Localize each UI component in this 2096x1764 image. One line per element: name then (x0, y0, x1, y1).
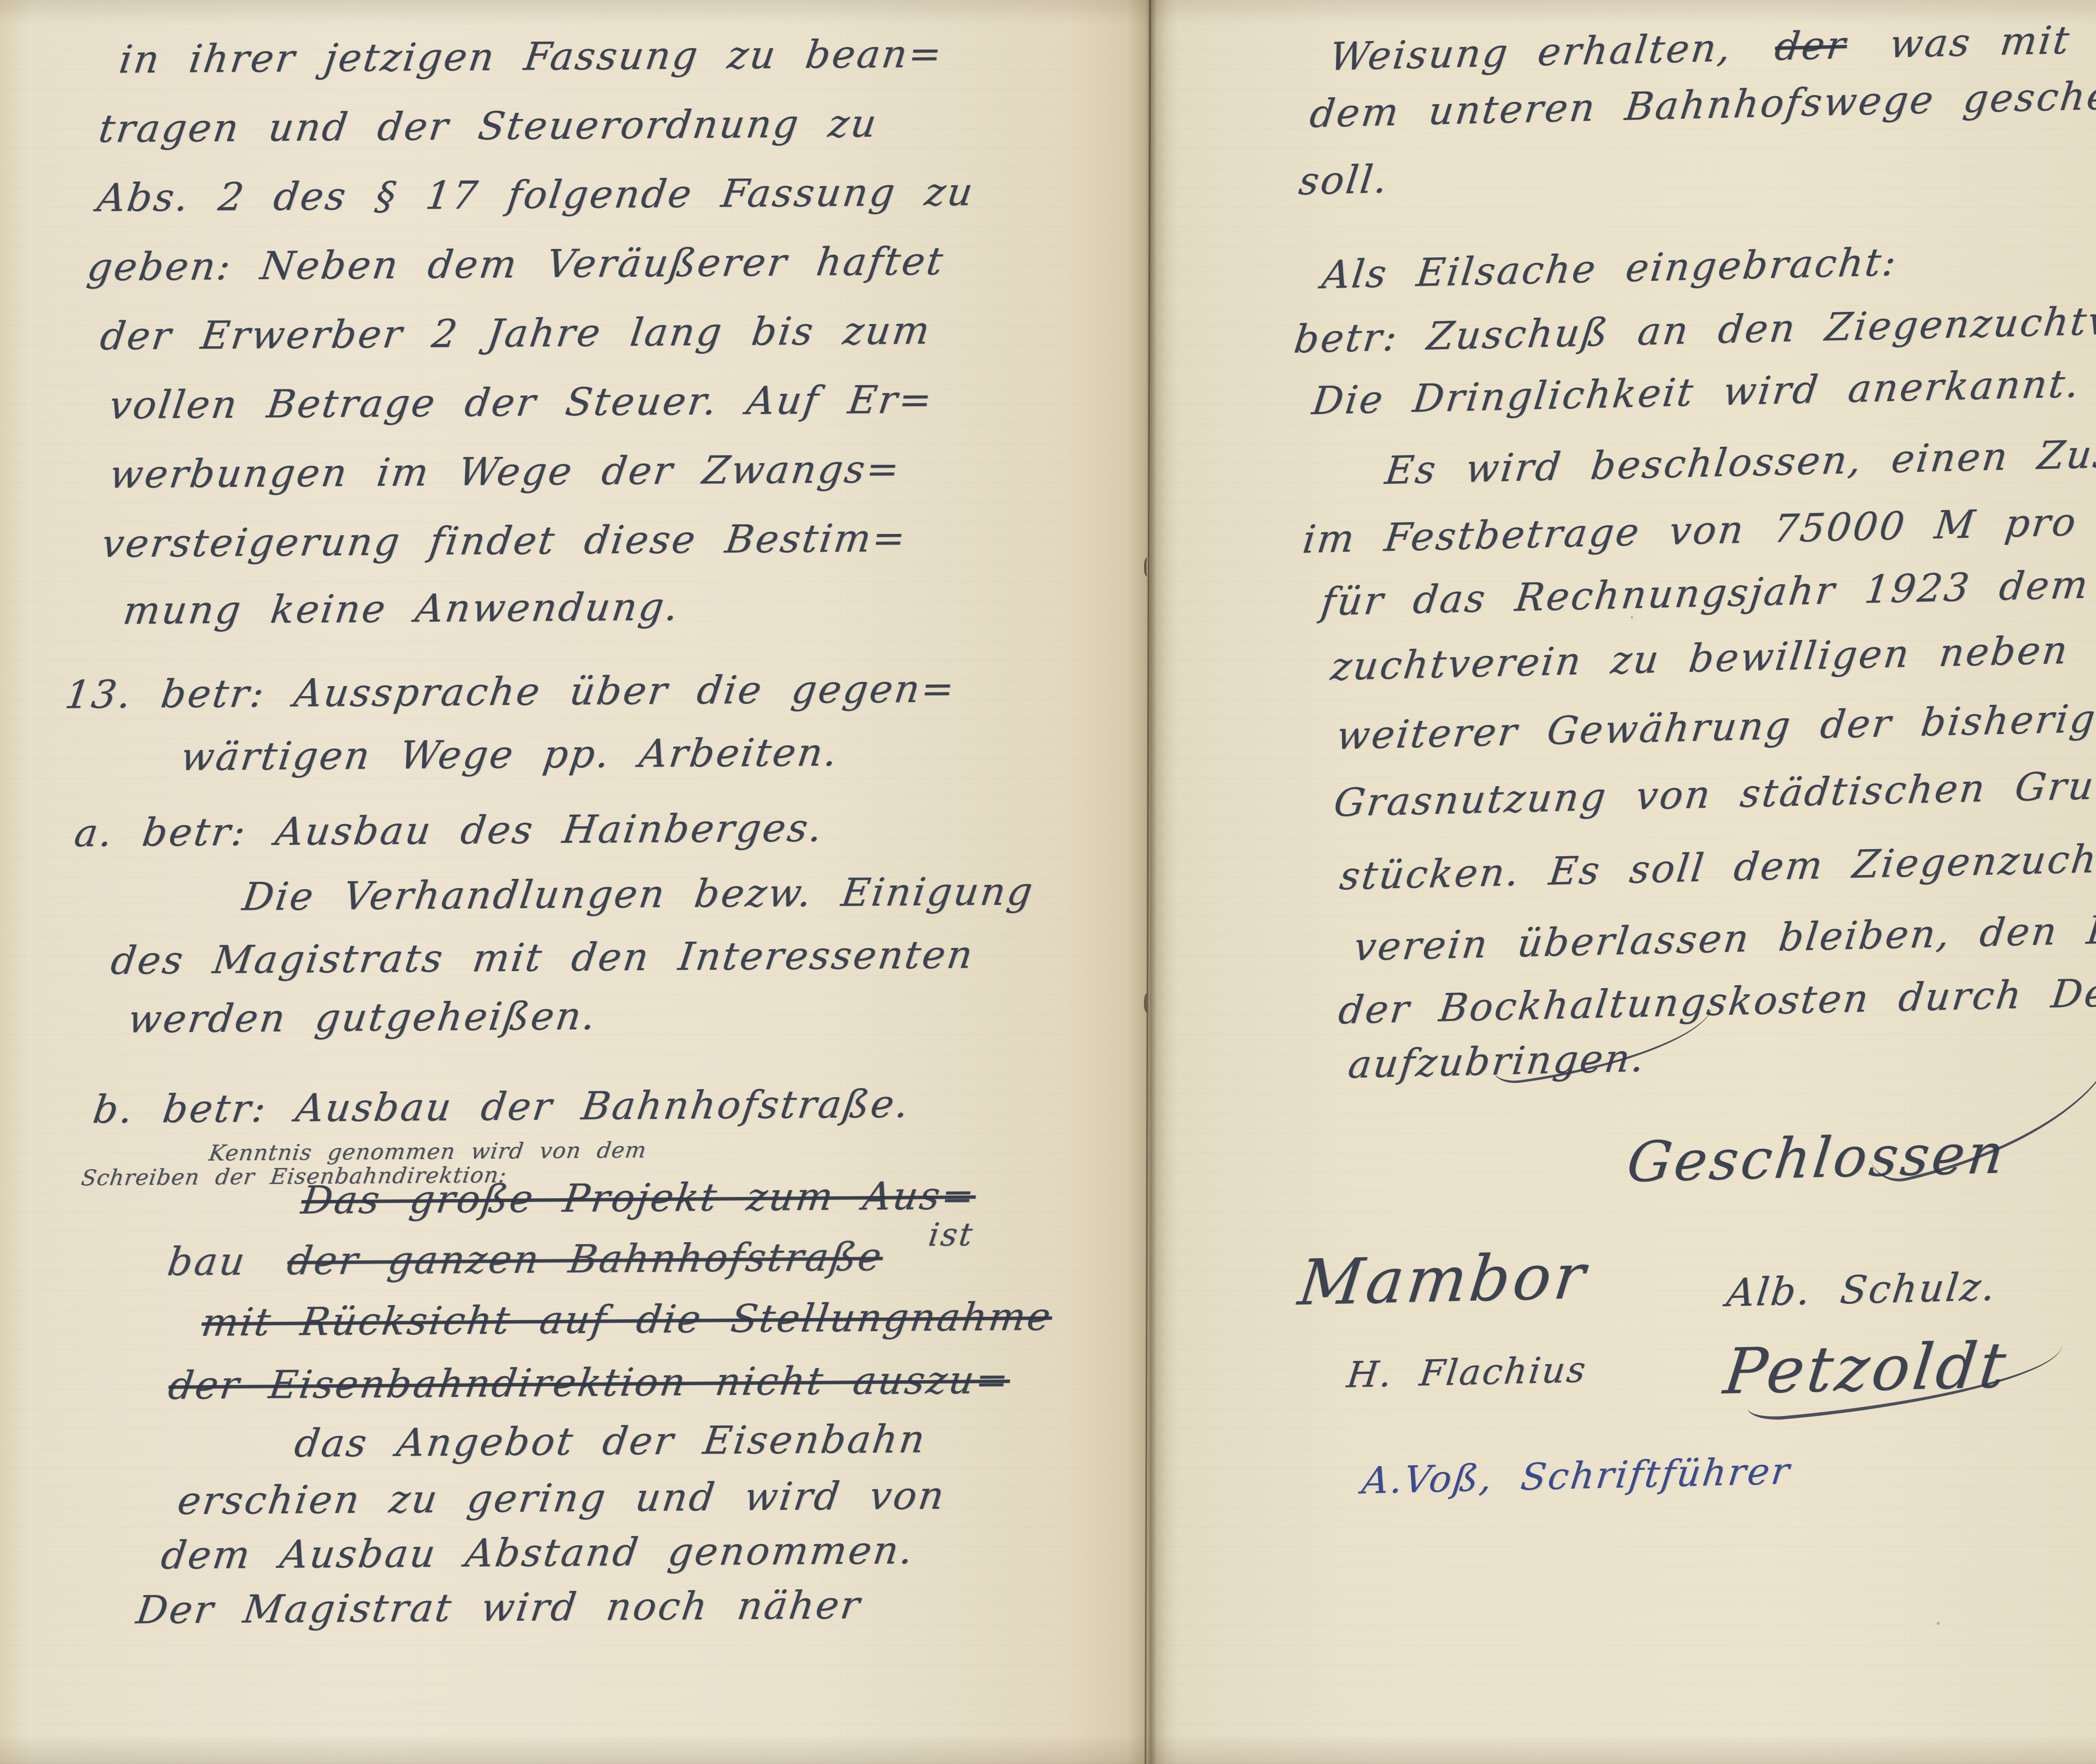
struck-words: der ganzen Bahnhofstraße (285, 1235, 886, 1284)
manuscript-line: Es wird beschlossen, einen Zuschuß (1383, 429, 2096, 493)
manuscript-line: Der Magistrat wird noch näher (134, 1583, 864, 1632)
manuscript-line-with-strike: Weisung erhalten, der was mit (1327, 18, 2073, 79)
binding-stitch (1144, 993, 1152, 1013)
manuscript-line: weiterer Gewährung der bisherigen (1334, 695, 2096, 758)
paper-speck (1937, 1622, 1940, 1625)
manuscript-line: der Erwerber 2 Jahre lang bis zum (98, 308, 934, 359)
paper-speck (851, 1247, 853, 1249)
agenda-item-a: a. betr: Ausbau des Hainberges. (72, 806, 826, 856)
line-end: was mit (1887, 18, 2073, 67)
struck-line-with-insert: bau der ganzen Bahnhofstraße ist (165, 1234, 974, 1284)
binding-stitch (1144, 557, 1152, 577)
struck-line: der Eisenbahndirektion nicht auszu= (166, 1357, 1013, 1408)
manuscript-line: Grasnutzung von städtischen Grund= (1332, 761, 2096, 825)
manuscript-line: verein überlassen bleiben, den Rest (1352, 906, 2096, 969)
manuscript-line: aufzubringen. (1346, 1035, 1648, 1087)
signature: Alb. Schulz. (1724, 1264, 1999, 1316)
manuscript-line: der Bockhaltungskosten durch Deckgeld (1336, 967, 2096, 1033)
struck-word: der (1772, 23, 1850, 69)
signature: Mambor (1295, 1240, 1592, 1320)
manuscript-line: soll. (1297, 157, 1391, 204)
manuscript-line: betr: Zuschuß an den Ziegenzuchtverein. (1292, 295, 2096, 362)
book-scan: in ihrer jetzigen Fassung zu bean= trage… (0, 0, 2096, 1764)
word-bau: bau (165, 1239, 249, 1284)
manuscript-line: geben: Neben dem Veräußerer haftet (85, 239, 947, 290)
manuscript-line: vollen Betrage der Steuer. Auf Er= (106, 377, 936, 428)
manuscript-line: Die Verhandlungen bezw. Einigung (240, 869, 1037, 919)
agenda-item-13: 13. betr: Aussprache über die gegen= (62, 666, 959, 717)
right-page-text: Weisung erhalten, der was mit dem untere… (1148, 0, 2096, 1764)
right-page: Weisung erhalten, der was mit dem untere… (1149, 0, 2096, 1764)
manuscript-line: das Angebot der Eisenbahn (292, 1417, 929, 1466)
manuscript-line: Die Dringlichkeit wird anerkannt. (1310, 361, 2083, 423)
paper-speck (495, 268, 498, 271)
manuscript-line: mung keine Anwendung. (121, 584, 683, 633)
manuscript-line: tragen und der Steuerordnung zu (96, 101, 881, 151)
manuscript-line: dem unteren Bahnhofswege geschehen (1307, 71, 2096, 136)
line-start: Weisung erhalten, (1327, 25, 1735, 79)
manuscript-line: werden gutgeheißen. (125, 993, 600, 1041)
agenda-item-b: b. betr: Ausbau der Bahnhofstraße. (91, 1081, 913, 1132)
manuscript-line: in ihrer jetzigen Fassung zu bean= (117, 31, 946, 82)
manuscript-line: erschien zu gering und wird von (175, 1473, 948, 1523)
manuscript-line: Als Eilsache eingebracht: (1320, 239, 1900, 297)
manuscript-line: des Magistrats mit den Interessenten (108, 932, 977, 983)
manuscript-line: stücken. Es soll dem Ziegenzucht= (1337, 835, 2096, 899)
closing-word: Geschlossen (1624, 1122, 2010, 1195)
struck-line: Das große Projekt zum Aus= (298, 1173, 979, 1223)
signature: Petzoldt (1720, 1329, 2013, 1409)
manuscript-line: dem Ausbau Abstand genommen. (158, 1528, 917, 1578)
struck-line: mit Rücksicht auf die Stellungnahme (199, 1294, 1055, 1345)
manuscript-line: werbungen im Wege der Zwangs= (107, 446, 903, 497)
manuscript-line: für das Rechnungsjahr 1923 dem Ziegen= (1319, 557, 2096, 624)
inserted-word-ist: ist (926, 1215, 977, 1253)
manuscript-line: im Festbetrage von 75000 M pro Bock (1300, 497, 2096, 562)
left-page-text: in ihrer jetzigen Fassung zu bean= trage… (0, 0, 1162, 1764)
manuscript-line: versteigerung findet diese Bestim= (99, 515, 910, 566)
manuscript-line: wärtigen Wege pp. Arbeiten. (178, 730, 842, 779)
inserted-annotation-line: Kenntnis genommen wird von dem (208, 1138, 648, 1166)
manuscript-line: Abs. 2 des § 17 folgende Fassung zu (95, 169, 977, 220)
manuscript-line: zuchtverein zu bewilligen neben (1328, 627, 2072, 689)
left-page: in ihrer jetzigen Fassung zu bean= trage… (0, 0, 1149, 1764)
signature: H. Flachius (1345, 1349, 1589, 1396)
paper-speck (1631, 616, 1633, 619)
secretary-signature: A.Voß, Schriftführer (1359, 1449, 1793, 1502)
